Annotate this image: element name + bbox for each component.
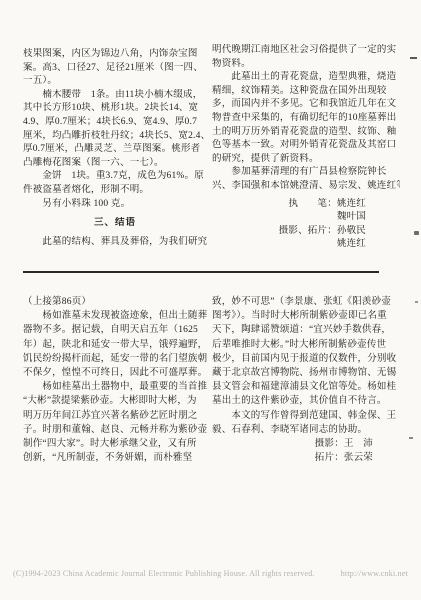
text-line: 其中长方形10块、桃形1块。2块长14、宽 <box>23 102 207 116</box>
text-line: 一五）。 <box>23 75 207 89</box>
text-line: 土的明万历外销青花瓷盘的造型、纹饰、釉 <box>212 126 400 140</box>
text-line: 4.9、厚0.7厘米；4块长6.9、宽4.9、厚0.7 <box>23 116 207 130</box>
text-line: 器物不多。据记载，自明天启五年（1625 <box>23 323 207 337</box>
credit-line: 执 笔：姚连红 <box>212 198 400 212</box>
text-line: 县文管会和福建漳浦县文化馆等处。杨如桂 <box>212 380 400 394</box>
text-line: 饥民纷纷揭杆而起，延安一带的名门望族朝 <box>23 352 207 366</box>
text-line: 此墓出土的青花瓷盘，造型典雅，烧造 <box>212 71 400 85</box>
text-line: 图考》）。当时时大彬所制紫砂壶即已名重 <box>212 309 400 323</box>
text-line: 年）起，陕北和延安一带大旱，饿殍遍野， <box>23 338 207 352</box>
top-left-column: 枝果图案，内区为锦边八角，内饰杂宝图 案。高3、口径27、足径21厘米（图一四、… <box>23 48 207 249</box>
credit-line: 拓片：张云荣 <box>212 451 400 465</box>
text-line: 明代晚期江南地区社会习俗提供了一定的实 <box>212 44 400 58</box>
text-line: 毅、石春利、李晓军诸同志的协助。 <box>212 423 400 437</box>
text-line: 厘米，均凸雕折枝牡丹纹；4块长5、宽2.4、 <box>23 130 207 144</box>
copyright-notice: (C)1994-2023 China Academic Journal Elec… <box>13 569 315 578</box>
scan-artifact <box>409 437 413 439</box>
text-line: 另有小料珠 100 克。 <box>23 198 207 212</box>
text-line: 后辈唯推时大彬。”时大彬所制紫砂壶传世 <box>212 338 400 352</box>
text-line: 制作“四大家”。时大彬承继父业，又有所 <box>23 437 207 451</box>
text-line: 精细，纹饰精美。这种瓷盘在国外出现较 <box>212 85 400 99</box>
text-line: 极少，目前国内见于报道的仅数件，分别收 <box>212 352 400 366</box>
continued-from-note: （上接第86页） <box>23 295 207 309</box>
text-line: 兴、李国强和本馆姚澄清、易宗发、姚连红等。 <box>212 180 400 194</box>
section-divider-rule <box>23 271 379 273</box>
text-line: 明万历年间江苏宜兴著名紫砂艺匠时朋之 <box>23 409 207 423</box>
scan-artifact <box>415 301 418 303</box>
text-line: 楠木腰带 1条。由11块小楠木缀成， <box>23 89 207 103</box>
text-line: 参加墓葬清理的有广昌县检察院钟长 <box>212 166 400 180</box>
credit-line: 摄影：王 沛 <box>212 437 400 451</box>
text-line: 金饼 1块。重3.7克，成色为61%。原 <box>23 170 207 184</box>
text-line: 本文的写作曾得到范建国、韩金保、王 <box>212 409 400 423</box>
text-line: 杨如桂墓出土器物中，最重要的当首推 <box>23 380 207 394</box>
text-line: 凸雕梅花图案（图一六、一七）。 <box>23 157 207 171</box>
text-line: 此墓的结构、葬具及葬俗，为我们研究 <box>23 236 207 250</box>
text-line: 物普查中采集的，有确切纪年的10座墓葬出 <box>212 112 400 126</box>
text-line: 墓出土的这件紫砂壶，其价值自不待言。 <box>212 394 400 408</box>
text-line: 子。时朋和董翰、赵良、元畅并称为紫砂壶 <box>23 423 207 437</box>
scan-artifact <box>414 231 419 235</box>
cnki-url: http://www.cnki.net <box>341 569 408 578</box>
top-right-column: 明代晚期江南地区社会习俗提供了一定的实 物资料。 此墓出土的青花瓷盘，造型典雅，… <box>212 44 400 252</box>
text-line: 件被盗墓者熔化，形制不明。 <box>23 184 207 198</box>
bottom-left-column: （上接第86页） 杨如淮墓未发现被盗迹象，但出土随葬 器物不多。据记载，自明天启… <box>23 295 207 465</box>
text-line: “大彬”款提梁紫砂壶。大彬即时大彬，为 <box>23 394 207 408</box>
text-line: 物资料。 <box>212 58 400 72</box>
text-line: 天下，陶肆谣赞颂道：“宜兴妙手数供春， <box>212 323 400 337</box>
scanned-journal-page: 枝果图案，内区为锦边八角，内饰杂宝图 案。高3、口径27、足径21厘米（图一四、… <box>0 0 421 600</box>
bottom-right-column: 致，妙不可思”（李景康、张虹《阳羡砂壶 图考》）。当时时大彬所制紫砂壶即已名重 … <box>212 295 400 465</box>
text-line: 案。高3、口径27、足径21厘米（图一四、 <box>23 62 207 76</box>
text-line: 的研究，提供了新资料。 <box>212 153 400 167</box>
credit-line: 姚连红 <box>212 238 400 252</box>
text-line: 色等基本一致。对明外销青花瓷盘及其窑口 <box>212 139 400 153</box>
credit-line: 摄影、拓片：孙敬民 <box>212 225 400 239</box>
text-line: 多，而国内并不多见。它和我馆近几年在文 <box>212 98 400 112</box>
credit-line: 魏叶国 <box>212 211 400 225</box>
text-line: 藏于北京故宫博物院、扬州市博物馆、无锡 <box>212 366 400 380</box>
text-line: 创新，“凡所制壶，不务妍媚，而朴雅坚 <box>23 451 207 465</box>
scan-artifact <box>410 57 417 59</box>
page-footer: (C)1994-2023 China Academic Journal Elec… <box>13 569 408 578</box>
text-line: 枝果图案，内区为锦边八角，内饰杂宝图 <box>23 48 207 62</box>
text-line: 杨如淮墓未发现被盗迹象，但出土随葬 <box>23 309 207 323</box>
text-line: 厚0.7厘米，凸雕灵芝、兰草图案。桃形者 <box>23 143 207 157</box>
section-heading: 三、结语 <box>23 217 207 231</box>
text-line: 不保夕，惶惶不可终日，因此不可盛厚葬。 <box>23 366 207 380</box>
text-line: 致，妙不可思”（李景康、张虹《阳羡砂壶 <box>212 295 400 309</box>
